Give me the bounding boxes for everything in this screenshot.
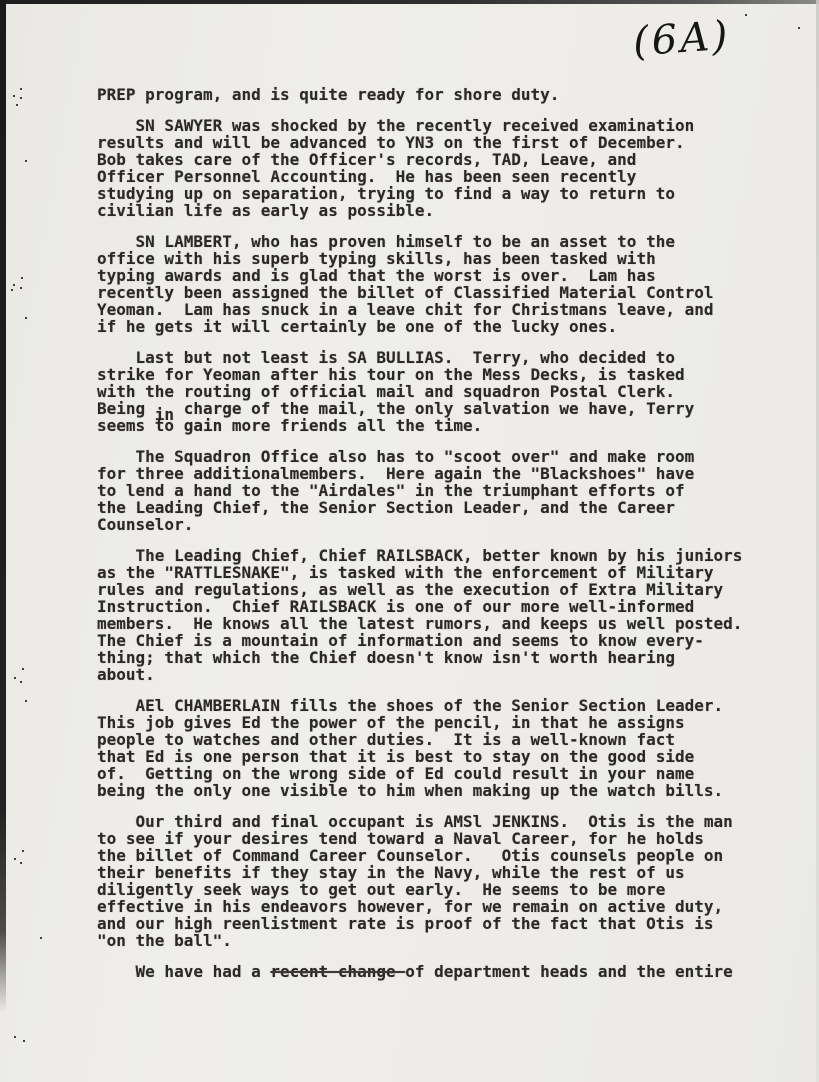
paragraph-ams1-jenkins: Our third and final occupant is AMSl JEN… xyxy=(97,813,757,949)
paragraph-sa-bullias: Last but not least is SA BULLIAS. Terry,… xyxy=(97,349,757,434)
paragraph-text-segment: We have had a xyxy=(97,962,270,981)
paragraph-sn-lambert: SN LAMBERT, who has proven himself to be… xyxy=(97,233,757,335)
paragraph-sn-sawyer: SN SAWYER was shocked by the recently re… xyxy=(97,117,757,219)
paragraph-prep-program: PREP program, and is quite ready for sho… xyxy=(97,86,757,103)
scan-speckles xyxy=(0,0,2,2)
scan-left-edge xyxy=(0,0,6,1012)
paragraph-text-segment: of department heads and the entire xyxy=(405,962,733,981)
paragraph-text-segment: charge of the mail, the only salvation w… xyxy=(97,399,694,435)
document-page: (6A) PREP program, and is quite ready fo… xyxy=(0,0,819,1082)
scan-top-edge xyxy=(0,0,819,4)
struck-through-text: recent change xyxy=(270,962,405,981)
paragraph-squadron-office: The Squadron Office also has to "scoot o… xyxy=(97,448,757,533)
paragraph-chief-railsback: The Leading Chief, Chief RAILSBACK, bett… xyxy=(97,547,757,683)
handwritten-page-number: (6A) xyxy=(632,13,733,66)
paragraph-department-heads: We have had a recent change of departmen… xyxy=(97,963,757,980)
document-text: PREP program, and is quite ready for sho… xyxy=(97,86,757,994)
lowered-typo-text: in xyxy=(155,405,174,424)
paragraph-ael-chamberlain: AEl CHAMBERLAIN fills the shoes of the S… xyxy=(97,697,757,799)
